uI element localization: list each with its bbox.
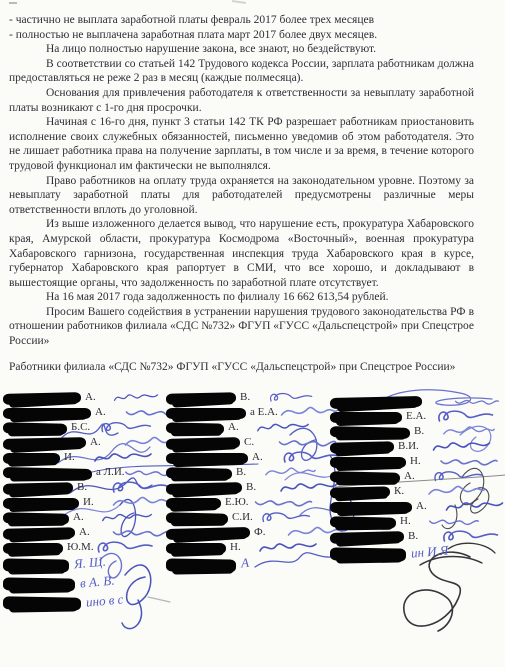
- signature-row-handwritten: Я. Щ.: [3, 556, 178, 575]
- redaction-blob: [3, 408, 91, 419]
- signer-initials: А.: [416, 500, 427, 512]
- letter-body: - частично не выплата заработной платы ф…: [9, 13, 474, 349]
- paragraph: На лицо полностью нарушение закона, все …: [9, 42, 474, 57]
- signer-initials: И.: [64, 451, 75, 463]
- signer-initials: А.: [404, 470, 415, 482]
- redaction-blob: [166, 498, 221, 509]
- signature-row: Ю.М.: [3, 541, 178, 556]
- redaction-blob: [3, 558, 69, 572]
- signature-row: Е.Ю.: [166, 496, 341, 511]
- handwritten-initials: ино в с: [85, 591, 124, 610]
- handwritten-initials: ин И.Я: [410, 542, 449, 561]
- paragraph: В соответствии со статьей 142 Трудового …: [9, 57, 474, 86]
- redaction-blob: [3, 596, 81, 610]
- signer-initials: Н.: [230, 541, 241, 553]
- signer-initials: В.: [236, 466, 246, 478]
- signer-initials: а Е.А.: [250, 406, 278, 418]
- handwritten-initials: А: [240, 555, 249, 572]
- signature-column-right: Е.А.В.В.И.Н.А.К.А.Н.В.ин И.Я: [330, 395, 505, 564]
- paragraph: Основания для привлечения работодателя к…: [9, 86, 474, 115]
- scan-artifact: [232, 0, 246, 4]
- redaction-blob: [166, 453, 248, 464]
- redaction-blob: [330, 547, 406, 561]
- redaction-blob: [330, 457, 406, 468]
- signature-section-heading: Работники филиала «СДС №732» ФГУП «ГУСС …: [9, 361, 455, 373]
- paragraph: Начиная с 16-го дня, пункт 3 статьи 142 …: [9, 115, 474, 173]
- redaction-blob: [166, 422, 224, 434]
- signer-initials: А.: [228, 421, 239, 433]
- signature-row: В.: [330, 530, 505, 545]
- redaction-blob: [166, 437, 240, 450]
- signer-initials: С.И.: [232, 511, 253, 523]
- signer-initials: В.: [246, 481, 256, 493]
- signer-initials: А.: [73, 511, 84, 523]
- signer-initials: А.: [90, 436, 101, 448]
- redaction-blob: [166, 543, 226, 554]
- paragraph: Право работников на оплату труда охраняе…: [9, 174, 474, 218]
- handwritten-initials: Я. Щ.: [73, 554, 106, 573]
- redaction-blob: [330, 426, 410, 439]
- signature-column-middle: В.а Е.А.А.С.А.В.В.Е.Ю.С.И.Ф.Н.А: [166, 391, 341, 575]
- redaction-blob: [166, 482, 242, 495]
- signature-column-left: А.А.Б.С.А.И.а Л.И.В.И.А.А.Ю.М.Я. Щ.в А. …: [3, 391, 178, 613]
- signer-initials: Ф.: [254, 526, 265, 538]
- redaction-blob: [3, 467, 92, 480]
- signer-initials: И.: [83, 496, 94, 508]
- redaction-blob: [330, 412, 402, 423]
- signer-initials: А.: [95, 406, 106, 418]
- redaction-blob: [3, 527, 75, 540]
- signature-row-handwritten: в А. В.: [3, 575, 178, 594]
- redaction-blob: [3, 422, 67, 434]
- handwritten-initials: в А. В.: [79, 573, 115, 592]
- redaction-blob: [3, 512, 69, 524]
- paragraph: - частично не выплата заработной платы ф…: [9, 13, 474, 28]
- signer-initials: С.: [244, 436, 254, 448]
- signer-initials: А.: [79, 526, 90, 538]
- redaction-blob: [166, 512, 228, 524]
- signer-initials: В.И.: [398, 440, 419, 452]
- signer-initials: Е.А.: [406, 410, 426, 422]
- signer-initials: А.: [85, 391, 96, 403]
- scanned-document-page: - частично не выплата заработной платы ф…: [0, 0, 505, 667]
- redaction-blob: [330, 516, 396, 528]
- redaction-blob: [3, 453, 60, 464]
- redaction-blob: [3, 437, 86, 450]
- signer-initials: В.: [240, 391, 250, 403]
- redaction-blob: [330, 502, 412, 513]
- redaction-blob: [3, 543, 63, 554]
- redaction-blob: [330, 396, 422, 409]
- redaction-blob: [3, 482, 73, 495]
- signature-stroke: [258, 538, 318, 558]
- signer-initials: А.: [252, 451, 263, 463]
- redaction-blob: [3, 392, 81, 405]
- redaction-blob: [3, 498, 79, 509]
- paragraph: На 16 мая 2017 года задолженность по фил…: [9, 290, 474, 305]
- redaction-blob: [330, 441, 394, 453]
- redaction-blob: [3, 577, 75, 591]
- signer-initials: а Л.И.: [96, 466, 125, 478]
- paragraph: Просим Вашего содействия в устранении на…: [9, 305, 474, 349]
- redaction-blob: [166, 392, 236, 405]
- signer-initials: В.: [408, 530, 418, 542]
- signer-initials: Н.: [410, 455, 421, 467]
- signer-initials: Ю.М.: [67, 541, 94, 553]
- signer-initials: Б.С.: [71, 421, 90, 433]
- signer-initials: В.: [77, 481, 87, 493]
- redaction-blob: [330, 471, 400, 484]
- signature-row: а Е.А.: [166, 406, 341, 421]
- redaction-blob: [166, 408, 246, 419]
- redaction-blob: [166, 558, 236, 572]
- signature-row-handwritten: А: [166, 556, 341, 575]
- signer-initials: Н.: [400, 515, 411, 527]
- scan-artifact: [9, 2, 17, 4]
- signature-row-handwritten: ин И.Я: [330, 545, 505, 564]
- paragraph: - полностью не выплачена заработная плат…: [9, 28, 474, 43]
- redaction-blob: [330, 486, 390, 498]
- signer-initials: К.: [394, 485, 404, 497]
- paragraph: Из выше изложенного делается вывод, что …: [9, 217, 474, 290]
- redaction-blob: [166, 467, 232, 479]
- redaction-blob: [330, 531, 404, 544]
- signer-initials: Е.Ю.: [225, 496, 249, 508]
- signature-row: Н.: [166, 541, 341, 556]
- signature-row-handwritten: ино в с: [3, 594, 178, 613]
- redaction-blob: [166, 527, 250, 540]
- signer-initials: В.: [414, 425, 424, 437]
